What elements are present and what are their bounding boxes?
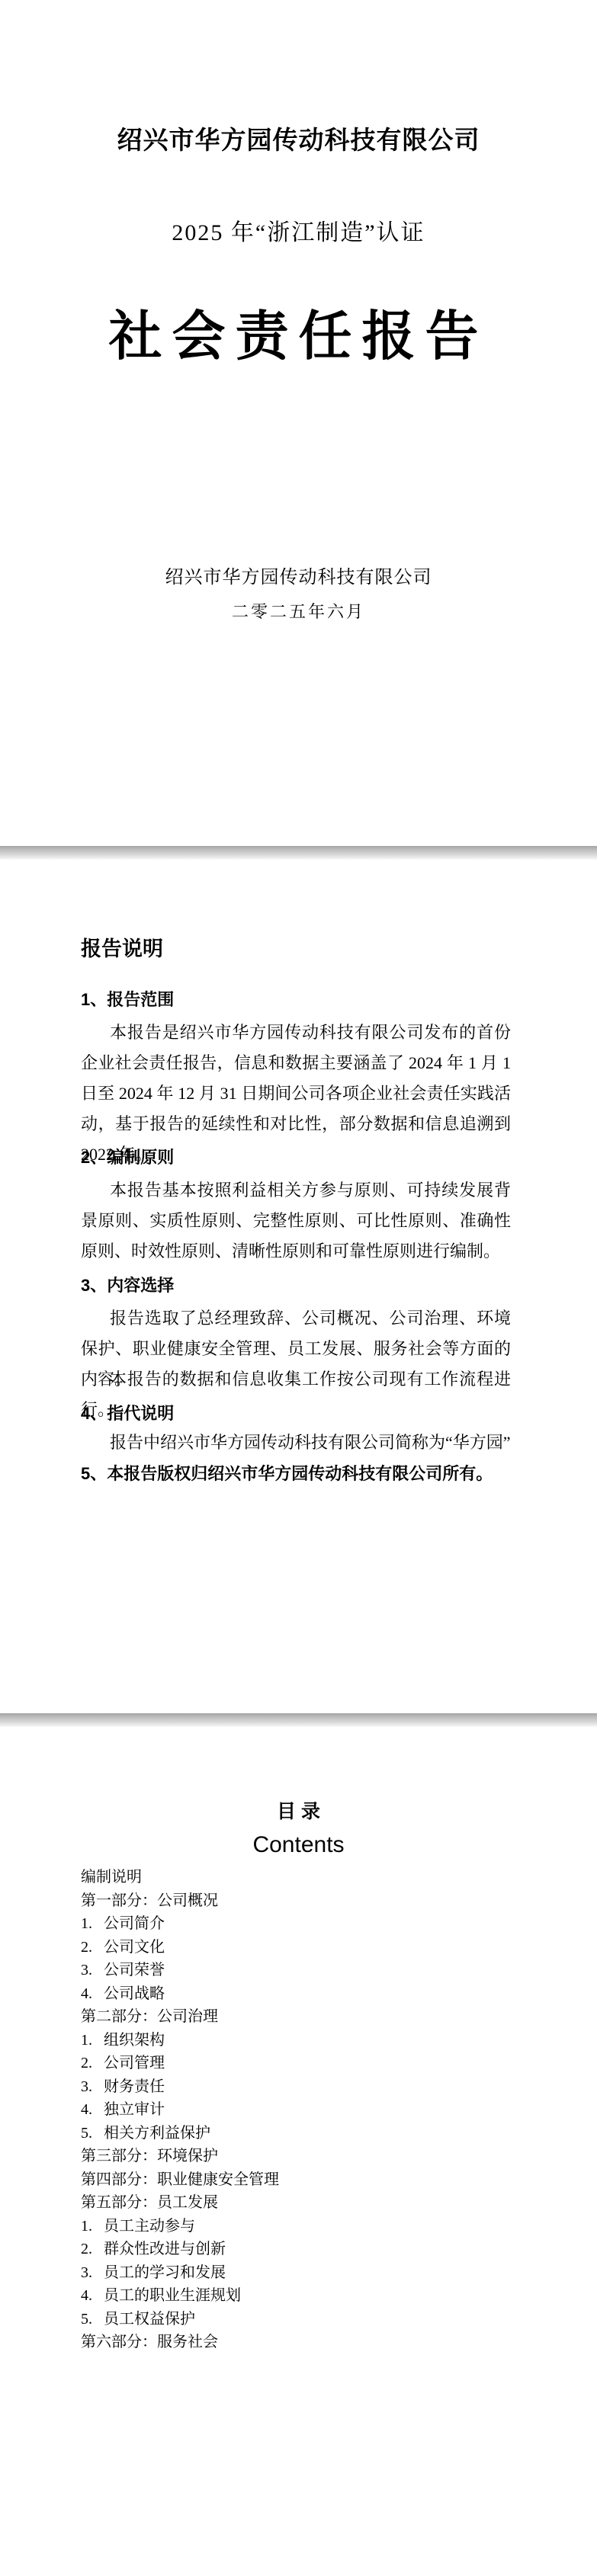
toc-entry-label: 公司荣誉 bbox=[104, 1962, 165, 1978]
toc-entry: 第三部分：环境保护 bbox=[81, 2145, 538, 2168]
section-heading-principles: 2、编制原则 bbox=[81, 1142, 511, 1173]
cover-company-name: 绍兴市华方园传动科技有限公司 bbox=[0, 120, 597, 156]
toc-entry-label: 第四部分：职业健康安全管理 bbox=[81, 2171, 279, 2188]
toc-entry-number: 5. bbox=[81, 2308, 104, 2331]
report-notes-page: 报告说明 1、报告范围 本报告是绍兴市华方园传动科技有限公司发布的首份企业社会责… bbox=[0, 860, 597, 1713]
toc-entry-label: 公司管理 bbox=[104, 2055, 165, 2071]
toc-entry-label: 第二部分：公司治理 bbox=[81, 2008, 218, 2025]
toc-entry-number: 1. bbox=[81, 2215, 104, 2238]
toc-entry-number: 5. bbox=[81, 2122, 104, 2145]
toc-entry-number: 4. bbox=[81, 1982, 104, 2006]
toc-entry: 第四部分：职业健康安全管理 bbox=[81, 2168, 538, 2192]
toc-entry: 编制说明 bbox=[81, 1866, 538, 1889]
section-paragraph: 报告中绍兴市华方园传动科技有限公司简称为“华方园” bbox=[81, 1427, 511, 1458]
toc-entry-label: 公司简介 bbox=[104, 1915, 165, 1932]
toc-entry-number: 4. bbox=[81, 2284, 104, 2308]
toc-entry-label: 财务责任 bbox=[104, 2078, 165, 2095]
toc-entry: 3.财务责任 bbox=[81, 2075, 538, 2099]
toc-entry: 3.员工的学习和发展 bbox=[81, 2261, 538, 2285]
toc-entry-label: 第五部分：员工发展 bbox=[81, 2194, 218, 2211]
toc-entry: 3.公司荣誉 bbox=[81, 1959, 538, 1982]
toc-entry-label: 独立审计 bbox=[104, 2101, 165, 2118]
toc-title-en: Contents bbox=[0, 1832, 597, 1858]
toc-entry-number: 1. bbox=[81, 1912, 104, 1936]
toc-entry-label: 第三部分：环境保护 bbox=[81, 2148, 218, 2164]
toc-entry-number: 2. bbox=[81, 2052, 104, 2075]
toc-list: 编制说明 第一部分：公司概况 1.公司简介 2.公司文化 3.公司荣誉 4.公司… bbox=[81, 1866, 538, 2354]
toc-entry: 1.公司简介 bbox=[81, 1912, 538, 1936]
page-separator bbox=[0, 846, 597, 860]
toc-entry-label: 编制说明 bbox=[81, 1869, 142, 1886]
section-paragraph: 本报告基本按照利益相关方参与原则、可持续发展背景原则、实质性原则、完整性原则、可… bbox=[81, 1175, 511, 1267]
toc-entry: 1.组织架构 bbox=[81, 2029, 538, 2052]
toc-entry: 4.员工的职业生涯规划 bbox=[81, 2284, 538, 2308]
toc-entry-label: 员工的学习和发展 bbox=[104, 2264, 226, 2281]
toc-entry-label: 员工权益保护 bbox=[104, 2311, 195, 2328]
toc-page: 目 录 Contents 编制说明 第一部分：公司概况 1.公司简介 2.公司文… bbox=[0, 1727, 597, 2576]
toc-entry: 第二部分：公司治理 bbox=[81, 2005, 538, 2029]
toc-entry-label: 群众性改进与创新 bbox=[104, 2241, 226, 2257]
toc-entry-label: 公司文化 bbox=[104, 1939, 165, 1956]
section-heading-reference: 4、指代说明 bbox=[81, 1399, 511, 1429]
toc-entry-number: 2. bbox=[81, 1936, 104, 1959]
toc-entry: 2.公司管理 bbox=[81, 2052, 538, 2075]
copyright-note: 5、本报告版权归绍兴市华方园传动科技有限公司所有。 bbox=[81, 1459, 511, 1489]
toc-entry: 5.员工权益保护 bbox=[81, 2308, 538, 2331]
toc-entry-number: 3. bbox=[81, 2261, 104, 2285]
toc-entry-label: 相关方利益保护 bbox=[104, 2125, 210, 2142]
toc-entry-number: 1. bbox=[81, 2029, 104, 2052]
cover-page: 绍兴市华方园传动科技有限公司 2025 年“浙江制造”认证 社会责任报告 绍兴市… bbox=[0, 0, 597, 846]
toc-entry-label: 组织架构 bbox=[104, 2032, 165, 2049]
toc-entry: 4.独立审计 bbox=[81, 2098, 538, 2122]
toc-entry: 第六部分：服务社会 bbox=[81, 2331, 538, 2354]
section-heading-scope: 1、报告范围 bbox=[81, 985, 511, 1015]
toc-title-cn: 目 录 bbox=[0, 1800, 597, 1823]
toc-entry-label: 员工主动参与 bbox=[104, 2218, 195, 2235]
toc-entry-label: 公司战略 bbox=[104, 1985, 165, 2002]
toc-entry-label: 员工的职业生涯规划 bbox=[104, 2287, 241, 2304]
page-separator bbox=[0, 1713, 597, 1727]
toc-entry-number: 3. bbox=[81, 1959, 104, 1982]
cover-date: 二零二五年六月 bbox=[0, 599, 597, 623]
toc-entry-label: 第一部分：公司概况 bbox=[81, 1892, 218, 1909]
report-notes-heading: 报告说明 bbox=[81, 934, 511, 964]
toc-entry: 2.公司文化 bbox=[81, 1936, 538, 1959]
toc-entry-label: 第六部分：服务社会 bbox=[81, 2334, 218, 2350]
section-heading-content: 3、内容选择 bbox=[81, 1270, 511, 1301]
toc-entry-number: 4. bbox=[81, 2098, 104, 2122]
toc-entry: 第一部分：公司概况 bbox=[81, 1889, 538, 1913]
toc-entry-number: 3. bbox=[81, 2075, 104, 2099]
cover-cert-line: 2025 年“浙江制造”认证 bbox=[0, 213, 597, 247]
toc-entry: 1.员工主动参与 bbox=[81, 2215, 538, 2238]
toc-entry-number: 2. bbox=[81, 2238, 104, 2261]
toc-entry: 5.相关方利益保护 bbox=[81, 2122, 538, 2145]
toc-entry: 4.公司战略 bbox=[81, 1982, 538, 2006]
toc-entry: 第五部分：员工发展 bbox=[81, 2191, 538, 2215]
cover-publisher: 绍兴市华方园传动科技有限公司 bbox=[0, 562, 597, 588]
toc-entry: 2.群众性改进与创新 bbox=[81, 2238, 538, 2261]
cover-main-title: 社会责任报告 bbox=[0, 293, 597, 370]
